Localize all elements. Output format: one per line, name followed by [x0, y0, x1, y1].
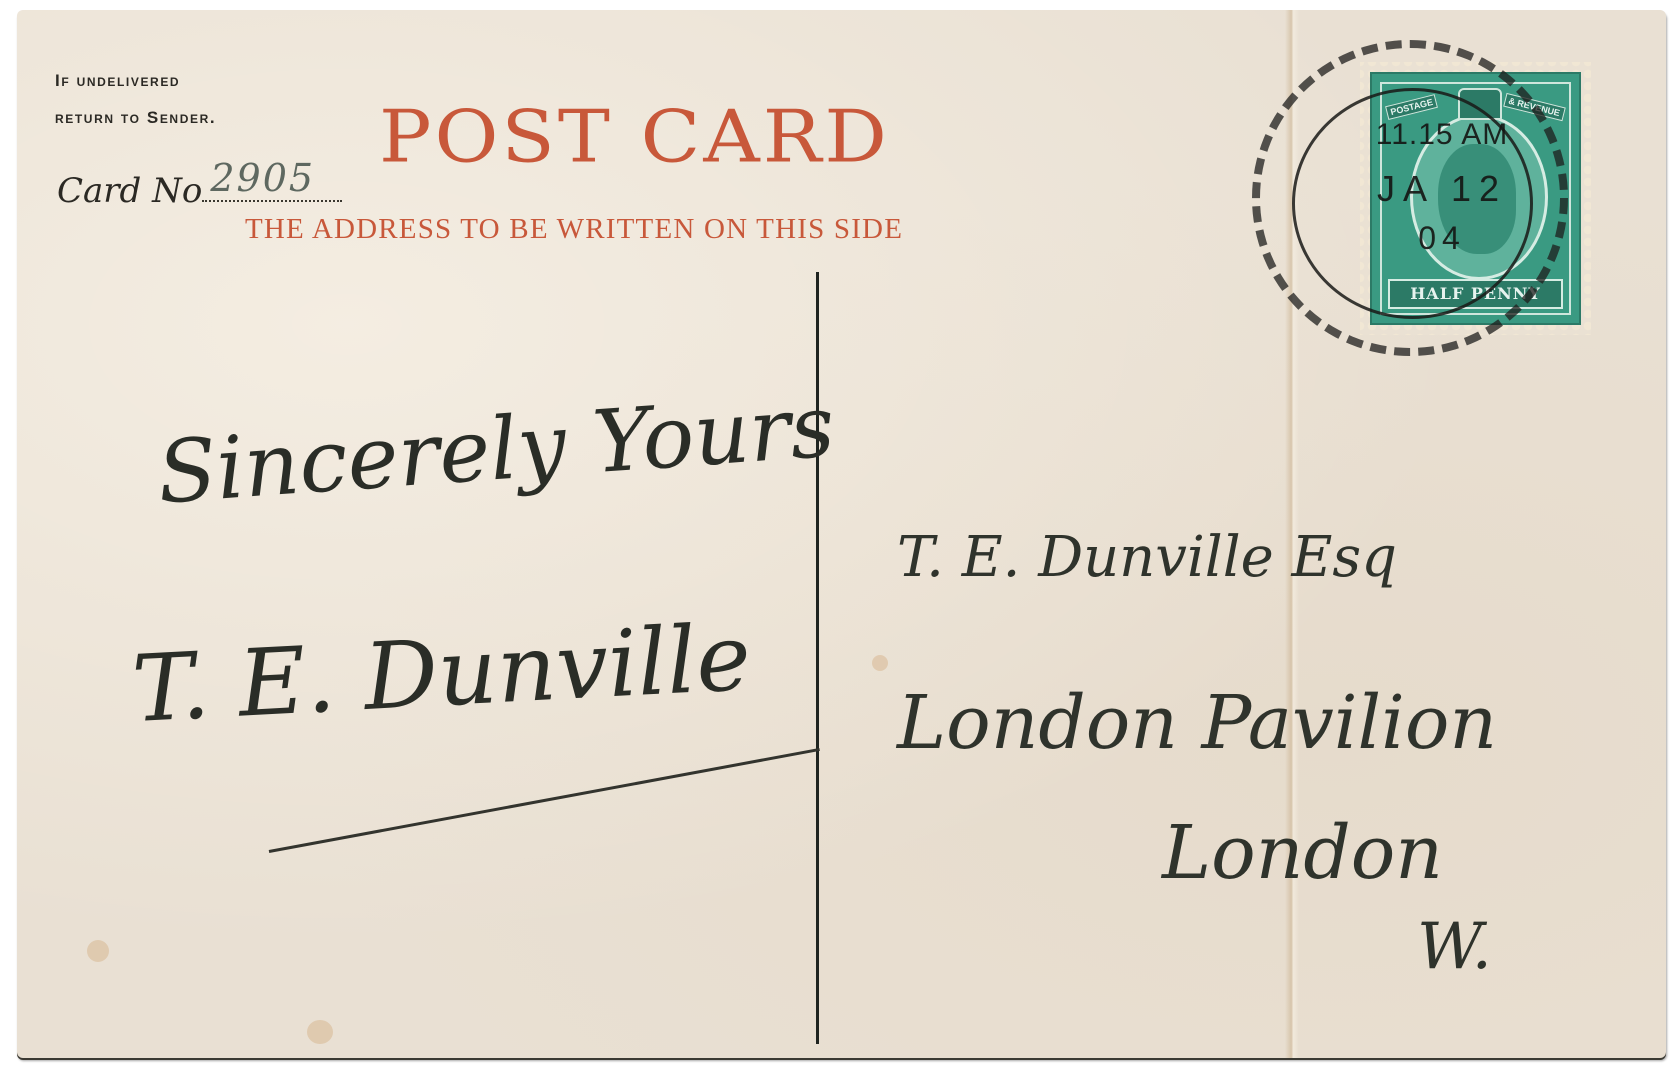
return-to-sender-note: If undelivered return to Sender. — [55, 62, 216, 136]
postcard-title: POST CARD — [379, 96, 890, 179]
king-portrait-icon — [1438, 144, 1516, 254]
address-line-venue: London Pavilion — [897, 680, 1497, 766]
address-line-district: W. — [1417, 910, 1492, 984]
signature: T. E. Dunville — [130, 604, 754, 743]
postcard: If undelivered return to Sender. POST CA… — [17, 10, 1666, 1058]
message-closing: Sincerely Yours — [154, 376, 837, 523]
stain — [872, 655, 888, 671]
stamp-body: POSTAGE & REVENUE HALF PENNY — [1370, 72, 1581, 325]
address-line-name: T. E. Dunville Esq — [897, 525, 1397, 590]
card-number-field: 2905 — [202, 170, 342, 202]
card-number-value: 2905 — [210, 156, 315, 200]
address-line-city: London — [1162, 810, 1443, 896]
return-note-line: If undelivered — [55, 62, 216, 99]
stamp-value: HALF PENNY — [1388, 279, 1563, 309]
postage-stamp: POSTAGE & REVENUE HALF PENNY — [1360, 62, 1591, 335]
stain — [87, 940, 109, 962]
address-instruction: THE ADDRESS TO BE WRITTEN ON THIS SIDE — [245, 213, 903, 246]
card-number: Card No2905 — [57, 170, 342, 211]
stain — [307, 1020, 333, 1044]
card-number-label: Card No — [57, 171, 202, 211]
crown-icon — [1458, 88, 1502, 120]
signature-underline — [269, 748, 820, 853]
return-note-line: return to Sender. — [55, 99, 216, 136]
